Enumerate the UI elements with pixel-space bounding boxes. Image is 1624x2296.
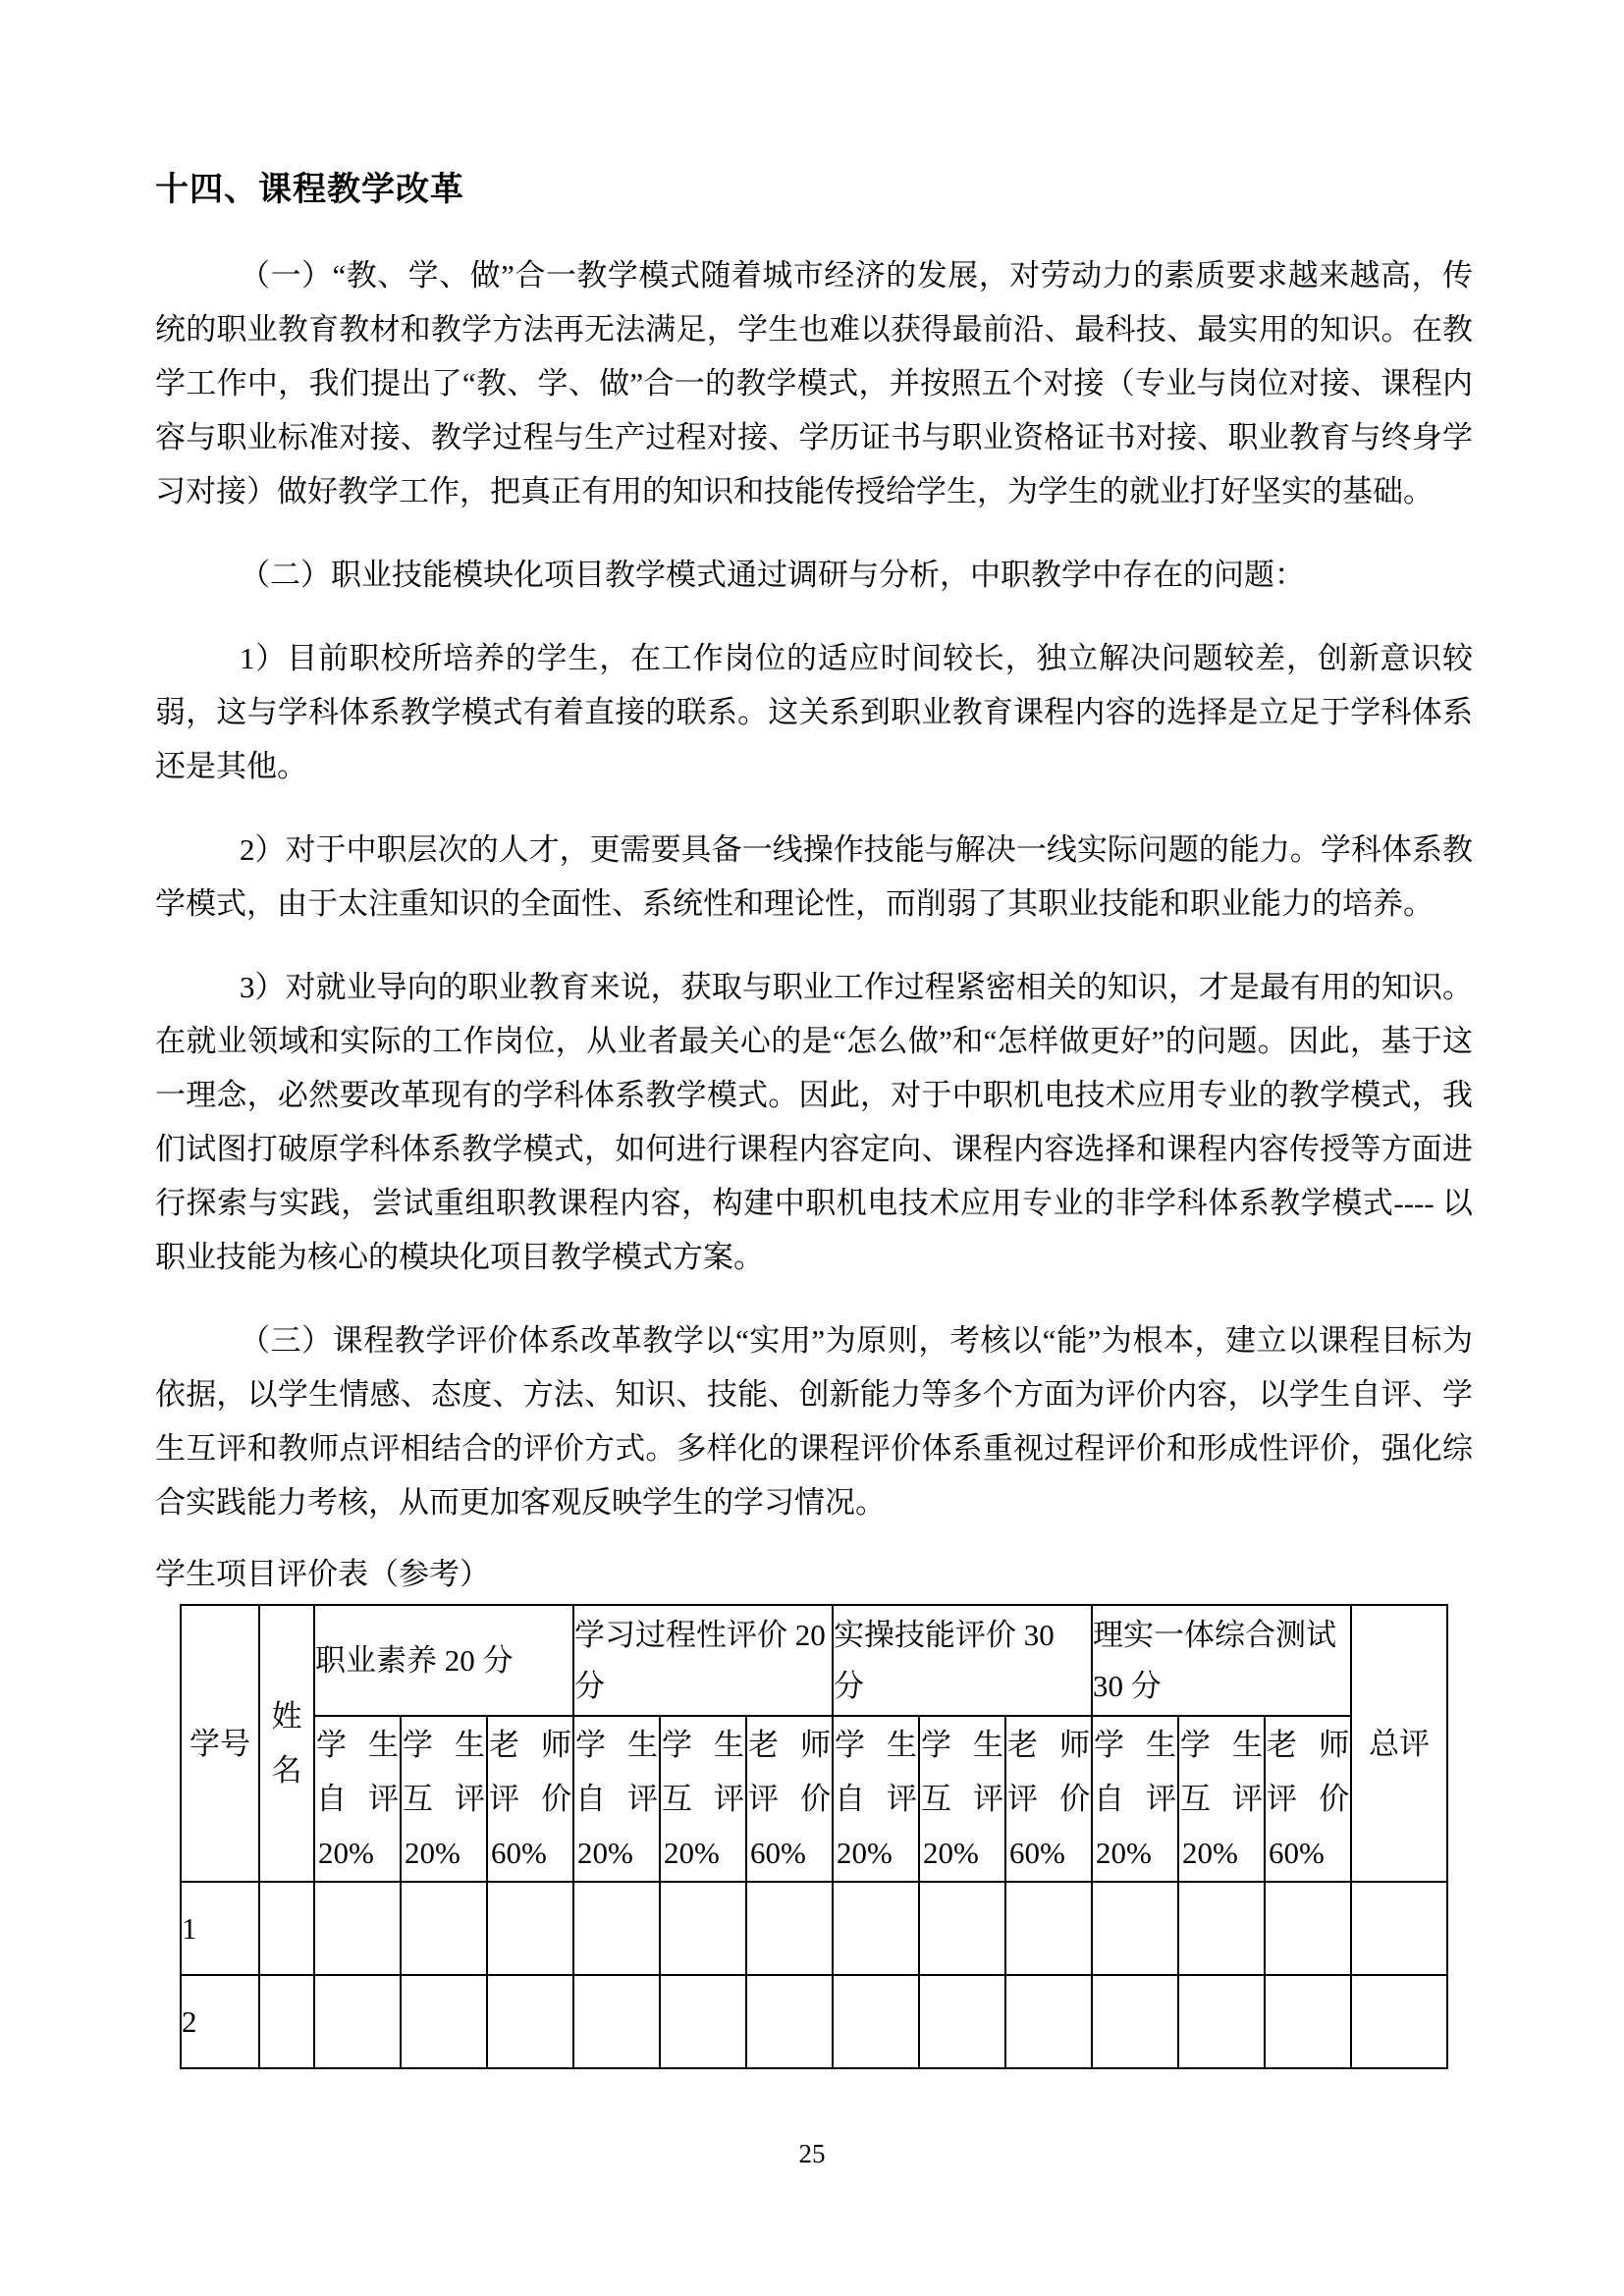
sub-header-weight: 60%: [1266, 1826, 1350, 1880]
sub-header-line-top: 学生: [1093, 1718, 1177, 1772]
table-cell: [487, 1882, 573, 1975]
sub-header-line-top: 老师: [747, 1718, 832, 1772]
table-cell: [314, 1882, 401, 1975]
sub-header-3-2: 老师评价60%: [1265, 1716, 1351, 1882]
sub-header-3-0: 学生自评20%: [1092, 1716, 1178, 1882]
sub-header-line-mid: 评价: [1006, 1772, 1091, 1826]
table-cell: [746, 1882, 833, 1975]
sub-header-weight: 20%: [1179, 1826, 1264, 1880]
sub-header-line-mid: 互评: [402, 1772, 486, 1826]
paragraph: （一）“教、学、做”合一教学模式随着城市经济的发展，对劳动力的素质要求越来越高，…: [155, 248, 1473, 518]
row-number: 2: [181, 1975, 259, 2068]
table-cell: [487, 1975, 573, 2068]
sub-header-line-mid: 自评: [834, 1772, 918, 1826]
sub-header-0-1: 学生互评20%: [401, 1716, 487, 1882]
table-cell: [1178, 1882, 1265, 1975]
paragraph: 2）对于中职层次的人才，更需要具备一线操作技能与解决一线实际问题的能力。学科体系…: [155, 823, 1473, 931]
sub-header-line-mid: 自评: [315, 1772, 400, 1826]
sub-header-weight: 60%: [747, 1826, 832, 1880]
sub-header-0-2: 老师评价60%: [487, 1716, 573, 1882]
page-content: 十四、课程教学改革 （一）“教、学、做”合一教学模式随着城市经济的发展，对劳动力…: [155, 160, 1473, 2069]
sub-header-line-top: 老师: [1266, 1718, 1350, 1772]
table-cell: [746, 1975, 833, 2068]
sub-header-1-0: 学生自评20%: [573, 1716, 660, 1882]
table-cell: [919, 1975, 1005, 2068]
group-header-3: 理实一体综合测试 30 分: [1092, 1605, 1351, 1716]
sub-header-line-mid: 互评: [920, 1772, 1004, 1826]
sub-header-line-mid: 互评: [661, 1772, 745, 1826]
table-header-sub-row: 学生自评20%学生互评20%老师评价60%学生自评20%学生互评20%老师评价6…: [181, 1716, 1447, 1882]
sub-header-weight: 20%: [402, 1826, 486, 1880]
sub-header-line-top: 老师: [1006, 1718, 1091, 1772]
sub-header-weight: 20%: [574, 1826, 659, 1880]
table-cell: [259, 1975, 314, 2068]
table-cell: [833, 1882, 919, 1975]
sub-header-line-top: 学生: [402, 1718, 486, 1772]
sub-header-weight: 20%: [661, 1826, 745, 1880]
table-cell: [919, 1882, 1005, 1975]
group-header-2: 实操技能评价 30 分: [833, 1605, 1092, 1716]
sub-header-2-2: 老师评价60%: [1005, 1716, 1092, 1882]
sub-header-line-top: 学生: [661, 1718, 745, 1772]
document-page: 十四、课程教学改革 （一）“教、学、做”合一教学模式随着城市经济的发展，对劳动力…: [0, 0, 1624, 2296]
row-number: 1: [181, 1882, 259, 1975]
sub-header-line-mid: 自评: [1093, 1772, 1177, 1826]
sub-header-weight: 60%: [1006, 1826, 1091, 1880]
sub-header-1-2: 老师评价60%: [746, 1716, 833, 1882]
sub-header-line-top: 学生: [834, 1718, 918, 1772]
sub-header-0-0: 学生自评20%: [314, 1716, 401, 1882]
evaluation-table-host: 学号姓名职业素养 20 分学习过程性评价 20 分实操技能评价 30 分理实一体…: [155, 1604, 1473, 2069]
table-cell: [401, 1975, 487, 2068]
paragraph: 3）对就业导向的职业教育来说，获取与职业工作过程紧密相关的知识，才是最有用的知识…: [155, 960, 1473, 1284]
sub-header-1-1: 学生互评20%: [660, 1716, 746, 1882]
sub-header-weight: 20%: [834, 1826, 918, 1880]
sub-header-line-mid: 互评: [1179, 1772, 1264, 1826]
table-cell: [259, 1882, 314, 1975]
table-header-total: 总评: [1351, 1605, 1447, 1882]
table-cell: [1351, 1975, 1447, 2068]
sub-header-line-mid: 评价: [488, 1772, 572, 1826]
table-header-student-name: 姓名: [259, 1605, 314, 1882]
sub-header-line-top: 学生: [920, 1718, 1004, 1772]
sub-header-line-top: 老师: [488, 1718, 572, 1772]
table-cell: [1092, 1975, 1178, 2068]
section-heading: 十四、课程教学改革: [155, 160, 1473, 219]
table-cell: [401, 1882, 487, 1975]
table-header-student-id: 学号: [181, 1605, 259, 1882]
table-cell: [660, 1882, 746, 1975]
table-cell: [1265, 1882, 1351, 1975]
sub-header-line-top: 学生: [1179, 1718, 1264, 1772]
paragraph: （三）课程教学评价体系改革教学以“实用”为原则，考核以“能”为根本，建立以课程目…: [155, 1313, 1473, 1529]
sub-header-3-1: 学生互评20%: [1178, 1716, 1265, 1882]
table-cell: [573, 1882, 660, 1975]
group-header-0: 职业素养 20 分: [314, 1605, 573, 1716]
sub-header-line-mid: 评价: [1266, 1772, 1350, 1826]
sub-header-line-mid: 自评: [574, 1772, 659, 1826]
sub-header-weight: 20%: [920, 1826, 1004, 1880]
sub-header-2-0: 学生自评20%: [833, 1716, 919, 1882]
sub-header-2-1: 学生互评20%: [919, 1716, 1005, 1882]
sub-header-line-top: 学生: [574, 1718, 659, 1772]
table-cell: [1092, 1882, 1178, 1975]
table-cell: [1005, 1882, 1092, 1975]
table-cell: [1351, 1882, 1447, 1975]
page-number: 25: [0, 2138, 1624, 2169]
table-row: 1: [181, 1882, 1447, 1975]
table-title: 学生项目评价表（参考）: [155, 1547, 1473, 1601]
table-header-group-row: 学号姓名职业素养 20 分学习过程性评价 20 分实操技能评价 30 分理实一体…: [181, 1605, 1447, 1716]
sub-header-weight: 20%: [1093, 1826, 1177, 1880]
sub-header-weight: 60%: [488, 1826, 572, 1880]
table-cell: [1178, 1975, 1265, 2068]
table-row: 2: [181, 1975, 1447, 2068]
table-cell: [660, 1975, 746, 2068]
evaluation-table: 学号姓名职业素养 20 分学习过程性评价 20 分实操技能评价 30 分理实一体…: [180, 1604, 1448, 2069]
paragraph: （二）职业技能模块化项目教学模式通过调研与分析，中职教学中存在的问题：: [155, 548, 1473, 602]
paragraph: 1）目前职校所培养的学生，在工作岗位的适应时间较长，独立解决问题较差，创新意识较…: [155, 631, 1473, 793]
table-cell: [314, 1975, 401, 2068]
table-cell: [573, 1975, 660, 2068]
table-cell: [833, 1975, 919, 2068]
sub-header-line-mid: 评价: [747, 1772, 832, 1826]
sub-header-weight: 20%: [315, 1826, 400, 1880]
group-header-1: 学习过程性评价 20 分: [573, 1605, 833, 1716]
table-cell: [1265, 1975, 1351, 2068]
sub-header-line-top: 学生: [315, 1718, 400, 1772]
table-cell: [1005, 1975, 1092, 2068]
